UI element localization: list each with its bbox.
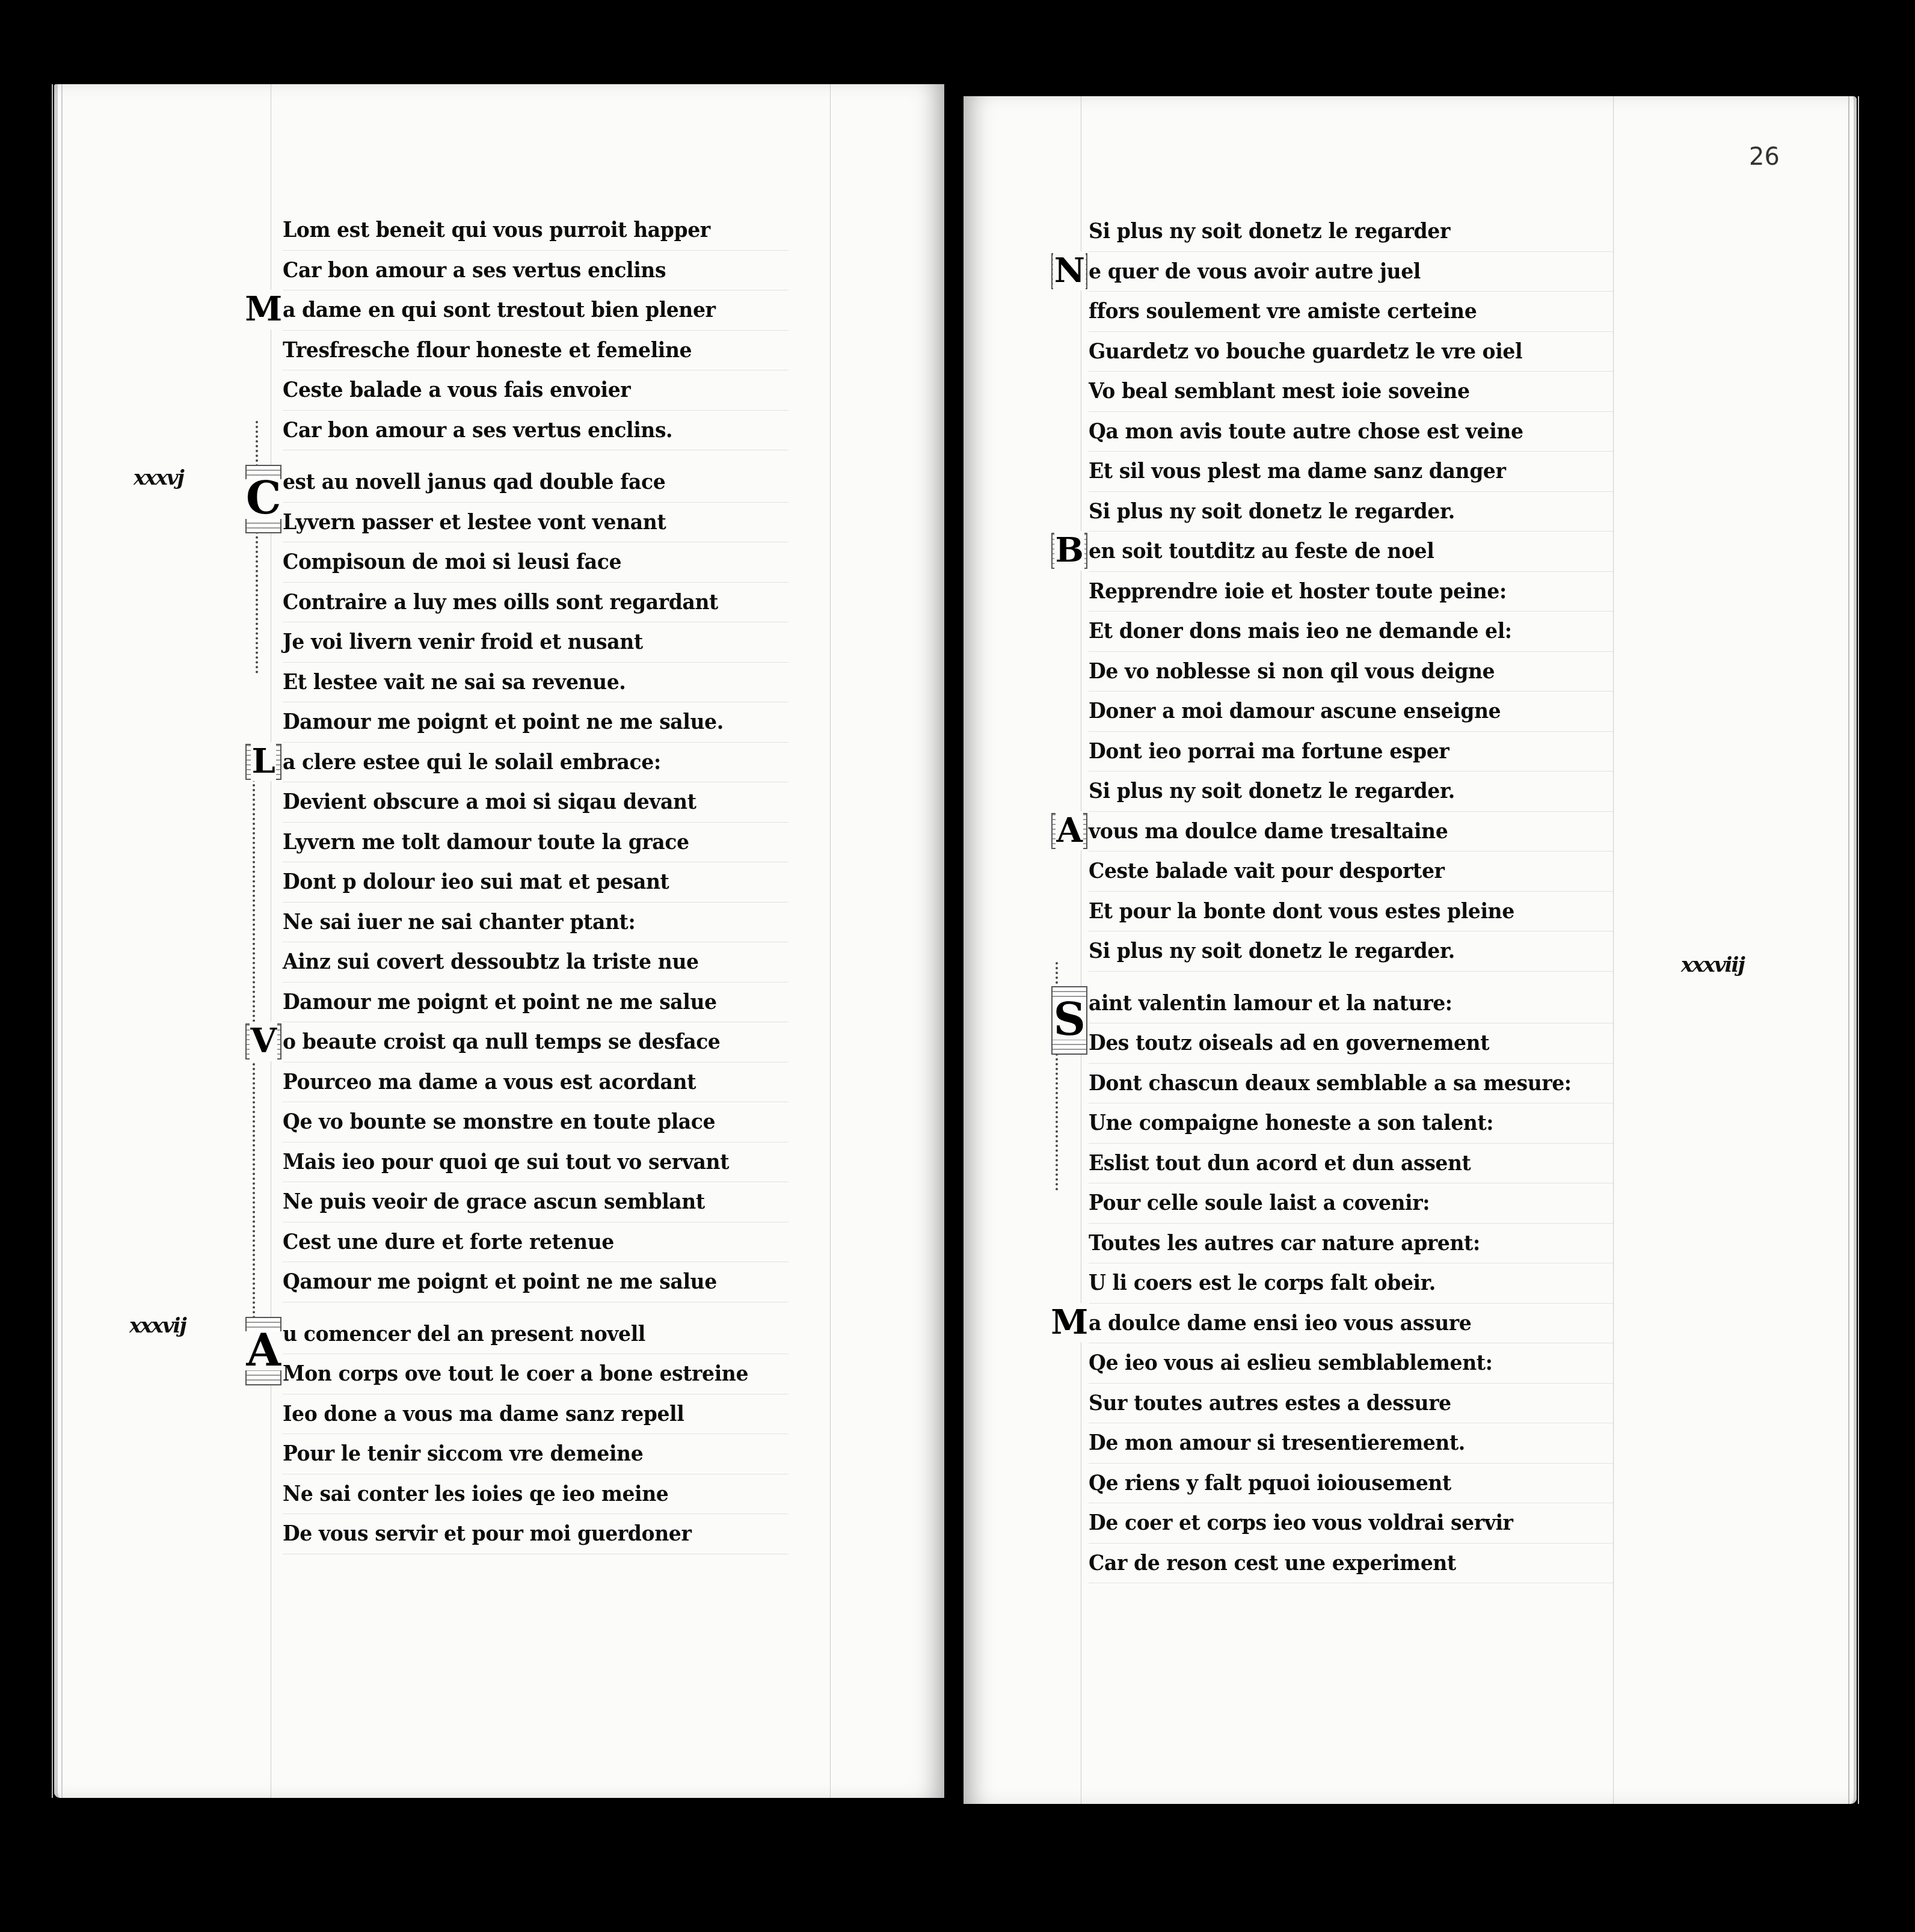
verse-line: La clere estee qui le solail embrace: (283, 743, 788, 783)
verse-line: Qe ieo vous ai eslieu semblablement: (1089, 1343, 1613, 1384)
ballad-number: xxxvij (129, 1314, 186, 1338)
verse-line: De vous servir et pour moi guerdoner (283, 1514, 788, 1554)
verse-line: Lom est beneit qui vous purroit happer (283, 210, 788, 251)
verse-line: Sur toutes autres estes a dessure (1089, 1384, 1613, 1424)
decorated-initial: L (245, 744, 281, 780)
verse-line: Tresfresche flour honeste et femeline (283, 331, 788, 371)
verse-line: Ma dame en qui sont trestout bien plener (283, 290, 788, 331)
verse-line: Repprendre ioie et hoster toute peine: (1089, 572, 1613, 612)
decorated-initial: B (1051, 533, 1087, 569)
verse-line: Pour le tenir siccom vre demeine (283, 1434, 788, 1474)
verse-line: Si plus ny soit donetz le regarder. (1089, 771, 1613, 812)
verse-line: Car bon amour a ses vertus enclins. (283, 411, 788, 451)
verse-line: Guardetz vo bouche guardetz le vre oiel (1089, 332, 1613, 372)
verse-line: Cest une dure et forte retenue (283, 1222, 788, 1263)
verse-line: Ne puis veoir de grace ascun semblant (283, 1182, 788, 1222)
ruling-line (1081, 96, 1081, 1804)
marginal-flourish (256, 421, 264, 673)
verse-line: Et sil vous plest ma dame sanz danger (1089, 452, 1613, 492)
verse-line: Ben soit toutditz au feste de noel (1089, 532, 1613, 572)
decorated-initial: M (245, 292, 281, 328)
page-edge (1848, 96, 1859, 1804)
decorated-initial: C (245, 465, 281, 533)
verse-line: Si plus ny soit donetz le regarder. (1089, 931, 1613, 972)
verse-line: Une compaigne honeste a son talent: (1089, 1103, 1613, 1144)
verse-line: Damour me poignt et point ne me salue. (283, 702, 788, 743)
verse-line: Lyvern passer et lestee vont venant (283, 503, 788, 543)
stanza-gap (283, 450, 788, 462)
decorated-initial: S (1051, 986, 1087, 1055)
verse-line: Et lestee vait ne sai sa revenue. (283, 663, 788, 703)
verse-line: Pour celle soule laist a covenir: (1089, 1183, 1613, 1224)
left-text-block: Lom est beneit qui vous purroit happer C… (283, 210, 788, 1554)
verse-line: Si plus ny soit donetz le regarder. (1089, 492, 1613, 532)
verse-line: Qe vo bounte se monstre en toute place (283, 1102, 788, 1142)
verse-line: Compisoun de moi si leusi face (283, 542, 788, 583)
verse-line: Ceste balade a vous fais envoier (283, 370, 788, 411)
verse-line: Dont ieo porrai ma fortune esper (1089, 732, 1613, 772)
verse-line: Qamour me poignt et point ne me salue (283, 1262, 788, 1302)
verse-line: Et pour la bonte dont vous estes pleine (1089, 892, 1613, 932)
verse-line: Car de reson cest une experiment (1089, 1544, 1613, 1584)
verse-line: Devient obscure a moi si siqau devant (283, 782, 788, 823)
decorated-initial: N (1051, 253, 1087, 289)
decorated-initial: M (1051, 1305, 1087, 1341)
decorated-initial: A (245, 1317, 281, 1385)
ballad-number: xxxviij (1681, 953, 1744, 977)
verse-line: Damour me poignt et point ne me salue (283, 983, 788, 1023)
verse-line: De mon amour si tresentierement. (1089, 1423, 1613, 1464)
verse-line: A vous ma doulce dame tresaltaine (1089, 812, 1613, 852)
verse-line: Pourceo ma dame a vous est acordant (283, 1063, 788, 1103)
folio-number: 26 (1749, 143, 1780, 171)
decorated-initial: A (1051, 813, 1087, 849)
ballad-number: xxxvj (134, 466, 183, 490)
ruling-line (830, 84, 831, 1798)
manuscript-spread: 26 xxxvj xxxvij xxxviij Lom est beneit q… (0, 0, 1915, 1932)
stanza-gap (283, 1302, 788, 1314)
verse-line: Au comencer del an present novell (283, 1314, 788, 1355)
verse-line: Ne sai conter les ioies qe ieo meine (283, 1474, 788, 1515)
verse-line: Et doner dons mais ieo ne demande el: (1089, 612, 1613, 652)
verse-line: Ceste balade vait pour desporter (1089, 851, 1613, 892)
verse-line: Ieo done a vous ma dame sanz repell (283, 1394, 788, 1435)
verse-line: Vo beaute croist qa null temps se desfac… (283, 1022, 788, 1063)
verse-line: Vo beal semblant mest ioie soveine (1089, 372, 1613, 412)
verse-line: ffors soulement vre amiste certeine (1089, 292, 1613, 332)
stanza-gap (1089, 972, 1613, 984)
marginal-flourish (253, 770, 261, 1022)
verse-line: Saint valentin lamour et la nature: (1089, 984, 1613, 1024)
verse-line: Lyvern me tolt damour toute la grace (283, 823, 788, 863)
verse-line: Dont p dolour ieo sui mat et pesant (283, 862, 788, 903)
verse-line: U li coers est le corps falt obeir. (1089, 1263, 1613, 1304)
verse-line: Qe riens y falt pquoi ioiousement (1089, 1464, 1613, 1504)
page-edge (52, 84, 63, 1798)
verse-line: Cest au novell janus qad double face (283, 462, 788, 503)
verse-line: Mais ieo pour quoi qe sui tout vo servan… (283, 1142, 788, 1183)
verse-line: Ne sai iuer ne sai chanter ptant: (283, 903, 788, 943)
verse-line: De coer et corps ieo vous voldrai servir (1089, 1503, 1613, 1544)
verse-line: Qa mon avis toute autre chose est veine (1089, 412, 1613, 452)
verse-line: Eslist tout dun acord et dun assent (1089, 1144, 1613, 1184)
verse-line: Ainz sui covert dessoubtz la triste nue (283, 942, 788, 983)
verse-line: Dont chascun deaux semblable a sa mesure… (1089, 1064, 1613, 1104)
verse-line: Des toutz oiseals ad en governement (1089, 1023, 1613, 1064)
ruling-line (271, 84, 271, 1798)
book-gutter (944, 90, 964, 1804)
verse-line: Si plus ny soit donetz le regarder (1089, 212, 1613, 252)
verse-line: De vo noblesse si non qil vous deigne (1089, 652, 1613, 692)
verse-line: Mon corps ove tout le coer a bone estrei… (283, 1354, 788, 1394)
verse-line: Ma doulce dame ensi ieo vous assure (1089, 1304, 1613, 1344)
verse-line: Doner a moi damour ascune enseigne (1089, 692, 1613, 732)
decorated-initial: V (245, 1023, 281, 1060)
verse-line: Je voi livern venir froid et nusant (283, 622, 788, 663)
verse-line: Car bon amour a ses vertus enclins (283, 251, 788, 291)
right-text-block: Si plus ny soit donetz le regarder Ne qu… (1089, 212, 1613, 1583)
verse-line: Ne quer de vous avoir autre juel (1089, 252, 1613, 292)
verse-line: Contraire a luy mes oills sont regardant (283, 583, 788, 623)
verse-line: Toutes les autres car nature aprent: (1089, 1224, 1613, 1264)
